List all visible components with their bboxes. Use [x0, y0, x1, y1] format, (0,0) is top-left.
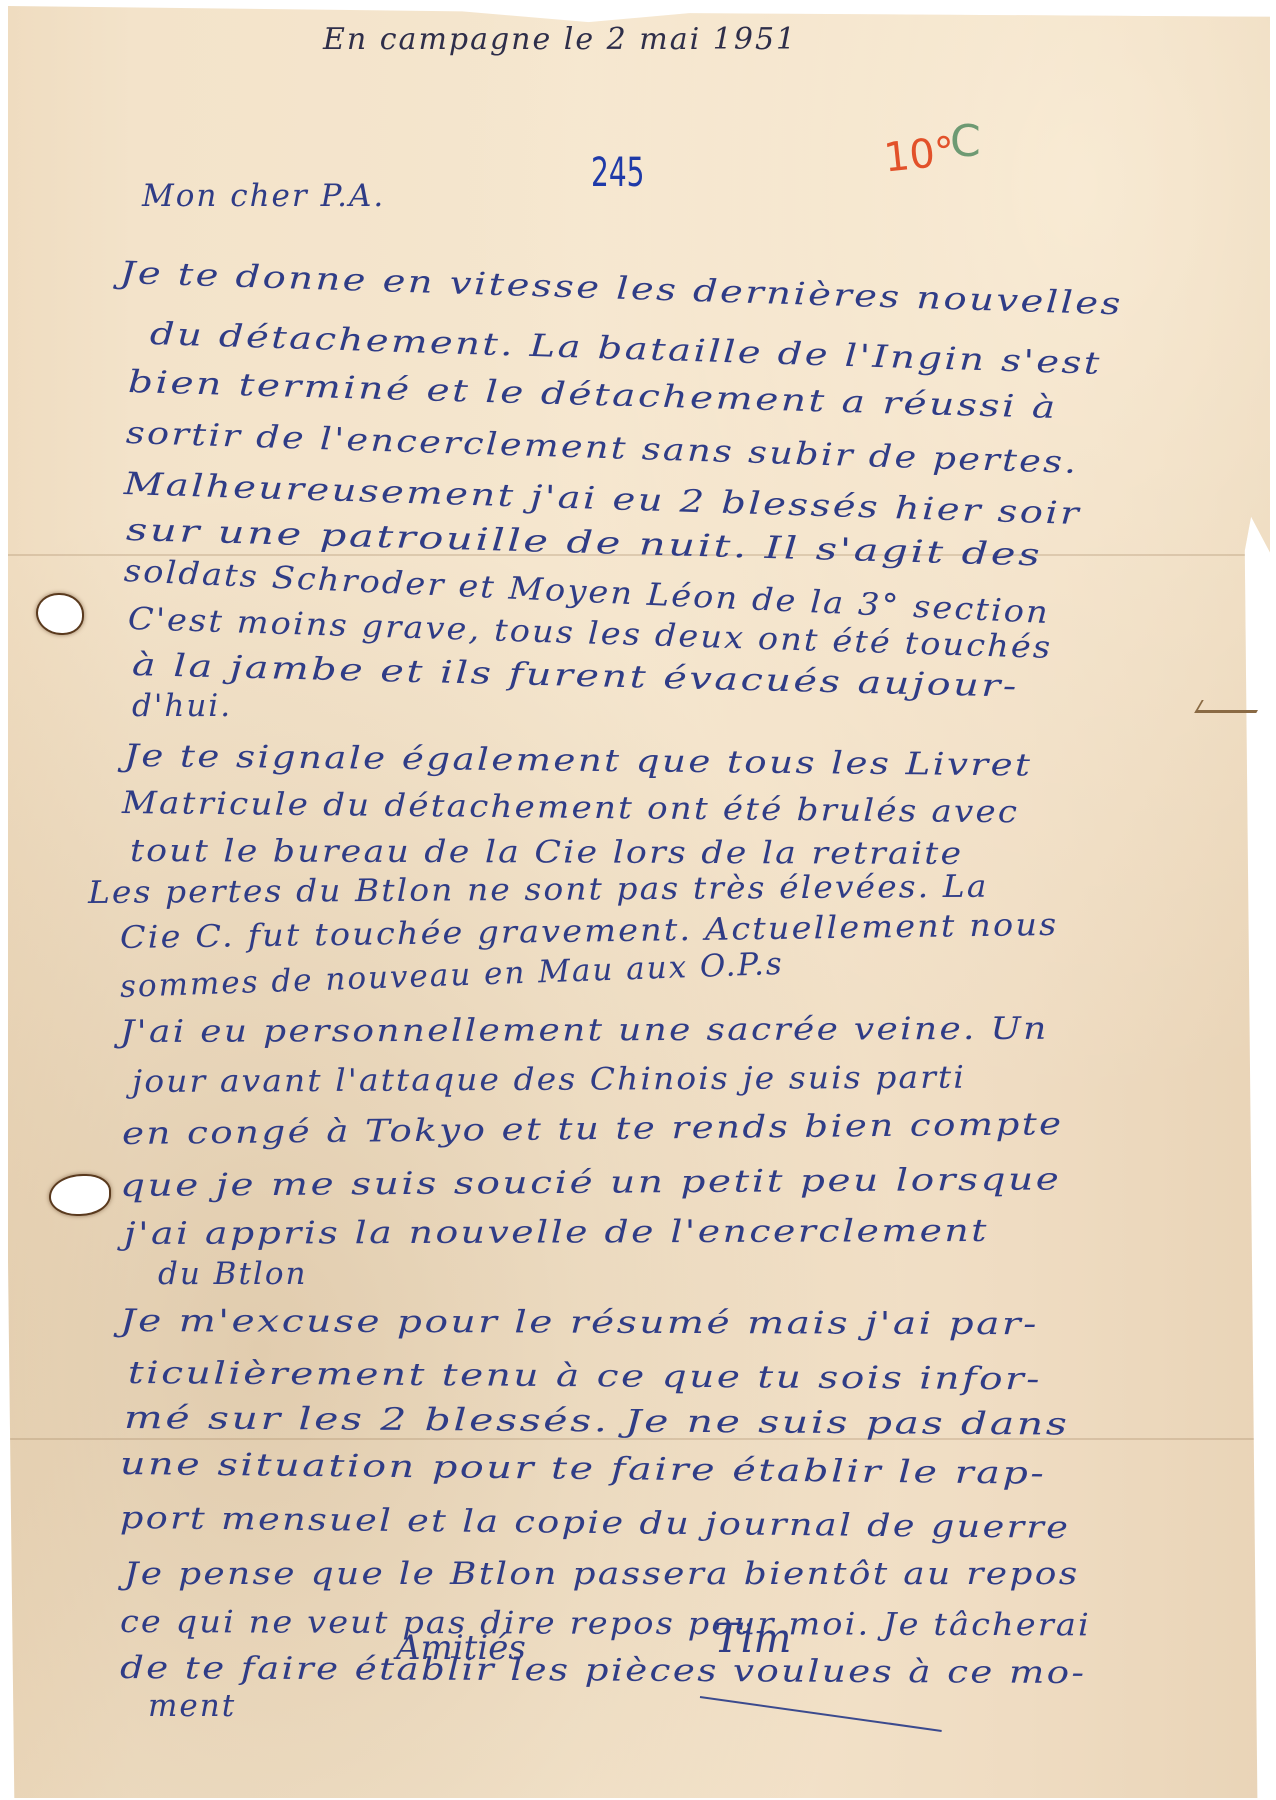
- letter-closing: Amitiés: [396, 1628, 526, 1668]
- green-pencil-annotation: C: [950, 116, 981, 167]
- letter-line: ment: [148, 1688, 236, 1724]
- letter-line: Je m'excuse pour le résumé mais j'ai par…: [120, 1303, 1039, 1342]
- letter-signature: Tim: [714, 1616, 791, 1662]
- red-pencil-annotation: 10°: [882, 128, 957, 181]
- letter-line: mé sur les 2 blessés. Je ne suis pas dan…: [124, 1400, 1070, 1443]
- letter-line: J'ai eu personnellement une sacrée veine…: [120, 1011, 1049, 1050]
- letter-line: d'hui.: [132, 688, 232, 724]
- letter-line: Je pense que le Btlon passera bientôt au…: [124, 1556, 1079, 1592]
- paper-tear: [1194, 700, 1264, 713]
- letter-line: du Btlon: [158, 1256, 307, 1292]
- letter-line: jour avant l'attaque des Chinois je suis…: [132, 1060, 966, 1100]
- letter-line: tout le bureau de la Cie lors de la retr…: [130, 833, 963, 872]
- letter-line: ce qui ne veut pas dire repos pour moi. …: [120, 1604, 1091, 1643]
- letter-line: j'ai appris la nouvelle de l'encerclemen…: [124, 1213, 989, 1252]
- letter-place-date: En campagne le 2 mai 1951: [323, 22, 797, 57]
- letter-line: que je me suis soucié un petit peu lorsq…: [120, 1161, 1062, 1204]
- letter-line: ticulièrement tenu à ce que tu sois info…: [128, 1355, 1042, 1397]
- letter-line: de te faire établir les pièces voulues à…: [120, 1650, 1087, 1691]
- punch-hole: [36, 593, 84, 635]
- punch-hole: [49, 1174, 111, 1216]
- salutation: Mon cher P.A.: [142, 178, 385, 214]
- archive-number: 245: [591, 150, 644, 196]
- letter-line: Les pertes du Btlon ne sont pas très éle…: [88, 869, 989, 911]
